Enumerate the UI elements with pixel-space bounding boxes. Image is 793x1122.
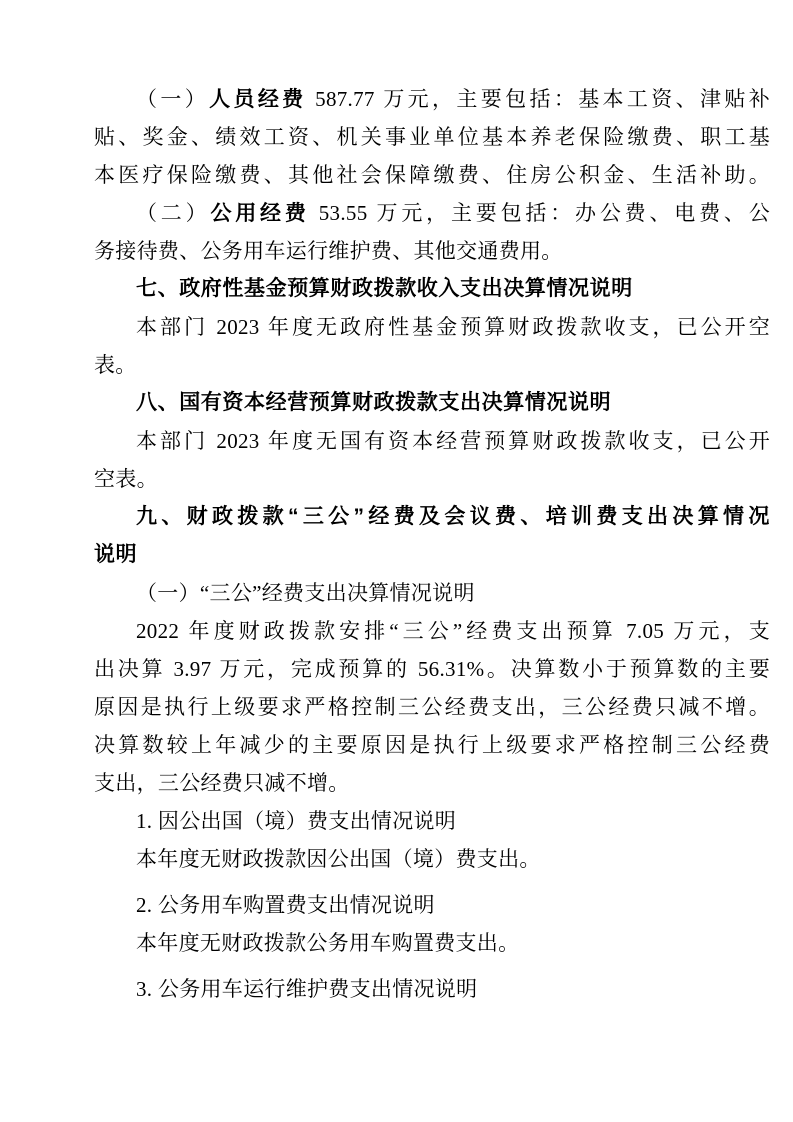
three-public-body-line-4: 决算数较上年减少的主要原因是执行上级要求严格控制三公经费 — [94, 726, 770, 764]
section-9-heading-line-1: 九、财政拨款“三公”经费及会议费、培训费支出决算情况 — [94, 498, 770, 536]
three-public-body-line-1: 2022 年度财政拨款安排“三公”经费支出预算 7.05 万元，支 — [94, 612, 770, 650]
document-page: （一）人员经费 587.77 万元，主要包括：基本工资、津贴补 贴、奖金、绩效工… — [0, 0, 793, 1122]
item-1-body: 本年度无财政拨款因公出国（境）费支出。 — [94, 840, 770, 878]
personnel-funds-term: 人员经费 — [209, 87, 306, 111]
item-2-body: 本年度无财政拨款公务用车购置费支出。 — [94, 924, 770, 962]
public-funds-line-2: 务接待费、公务用车运行维护费、其他交通费用。 — [94, 232, 770, 270]
section-9-heading-line-2: 说明 — [94, 536, 770, 574]
three-public-body-line-3: 原因是执行上级要求严格控制三公经费支出，三公经费只减不增。 — [94, 688, 770, 726]
personnel-funds-line-3: 本医疗保险缴费、其他社会保障缴费、住房公积金、生活补助。 — [94, 156, 770, 194]
three-public-sub-heading: （一）“三公”经费支出决算情况说明 — [94, 574, 770, 612]
section-7-body-line-2: 表。 — [94, 346, 770, 384]
personnel-funds-line-1: （一）人员经费 587.77 万元，主要包括：基本工资、津贴补 — [94, 80, 770, 118]
section-8-body-line-1: 本部门 2023 年度无国有资本经营预算财政拨款收支，已公开 — [94, 422, 770, 460]
item-2-title: 2. 公务用车购置费支出情况说明 — [94, 886, 770, 924]
item-1-title: 1. 因公出国（境）费支出情况说明 — [94, 802, 770, 840]
public-funds-term: 公用经费 — [210, 201, 309, 225]
section-8-heading: 八、国有资本经营预算财政拨款支出决算情况说明 — [94, 384, 770, 422]
personnel-funds-line-2: 贴、奖金、绩效工资、机关事业单位基本养老保险缴费、职工基 — [94, 118, 770, 156]
list-marker-1: （一） — [136, 87, 209, 111]
public-funds-text: 53.55 万元，主要包括：办公费、电费、公 — [310, 201, 770, 225]
personnel-funds-text: 587.77 万元，主要包括：基本工资、津贴补 — [307, 87, 770, 111]
list-marker-2: （二） — [136, 201, 210, 225]
public-funds-line-1: （二）公用经费 53.55 万元，主要包括：办公费、电费、公 — [94, 194, 770, 232]
section-7-body-line-1: 本部门 2023 年度无政府性基金预算财政拨款收支，已公开空 — [94, 308, 770, 346]
item-3-title: 3. 公务用车运行维护费支出情况说明 — [94, 970, 770, 1008]
section-7-heading: 七、政府性基金预算财政拨款收入支出决算情况说明 — [94, 270, 770, 308]
three-public-body-line-5: 支出，三公经费只减不增。 — [94, 764, 770, 802]
section-8-body-line-2: 空表。 — [94, 460, 770, 498]
three-public-body-line-2: 出决算 3.97 万元，完成预算的 56.31%。决算数小于预算数的主要 — [94, 650, 770, 688]
